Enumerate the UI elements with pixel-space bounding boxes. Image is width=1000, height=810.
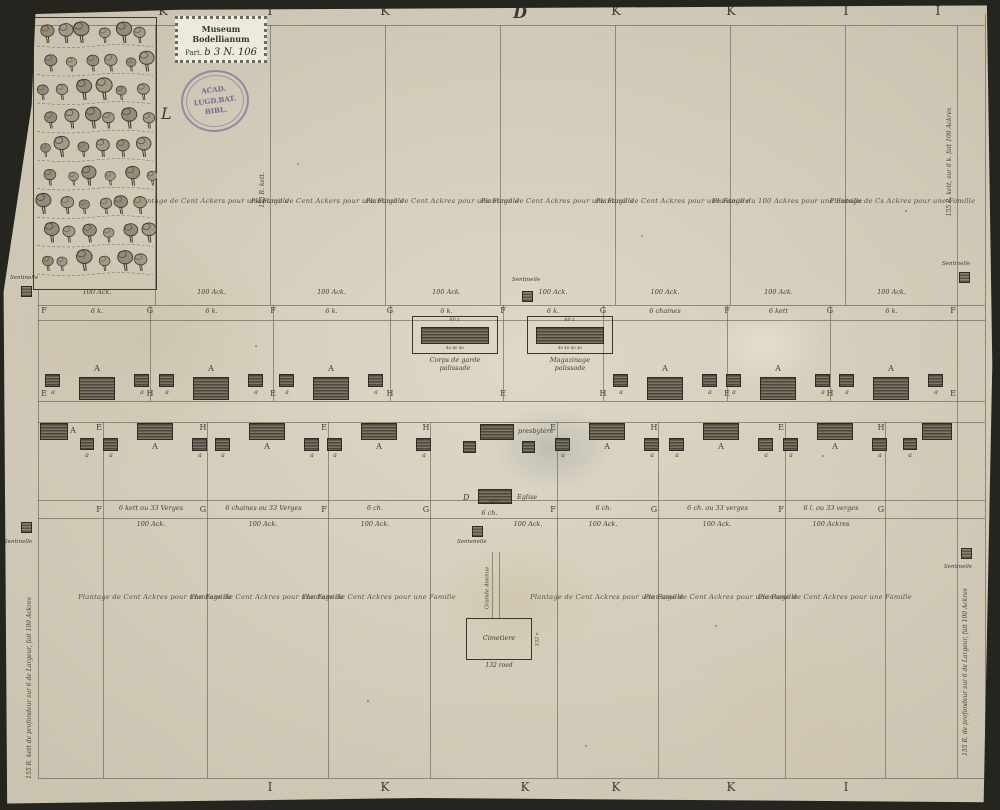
library-stamp: ACAD. LUGD.BAT. BIBL. xyxy=(177,66,252,136)
palisade-building xyxy=(536,327,604,344)
road-width-label: 6 kett xyxy=(769,308,788,315)
grid-line-vertical xyxy=(103,500,104,518)
block-corner-letter: H xyxy=(827,390,834,398)
road-corner-letter: G xyxy=(651,506,657,514)
palisade-building xyxy=(421,327,489,344)
farm-building-small xyxy=(368,374,383,387)
acre-label: 100 Ackres xyxy=(812,521,849,528)
grid-line-vertical xyxy=(207,500,208,518)
sentinel-post-icon xyxy=(472,526,483,537)
road-corner-letter: F xyxy=(500,307,506,315)
plan-letter-bottom: K xyxy=(521,781,530,793)
road-corner-letter: F xyxy=(321,506,327,514)
library-label-title: Museum Bodellianum xyxy=(178,24,264,44)
road-width-label: 6 kett ou 33 Verges xyxy=(119,505,183,512)
sentinel-post-icon xyxy=(961,548,972,559)
block-corner-letter: E xyxy=(41,390,47,398)
plan-letter-top: K xyxy=(726,5,736,18)
farm-small-label: a xyxy=(254,390,258,396)
road-corner-letter: G xyxy=(423,506,429,514)
farm-small-label: a xyxy=(221,453,225,459)
block-corner-letter: E xyxy=(500,390,506,398)
farm-building-small xyxy=(839,374,854,387)
foxing-speck xyxy=(905,210,907,212)
grid-line-vertical xyxy=(430,422,431,500)
farm-small-label: a xyxy=(821,390,825,396)
farm-large-label: A xyxy=(152,443,158,451)
farm-small-label: a xyxy=(374,390,378,396)
avenue-label: Grande Avenue xyxy=(485,567,491,610)
farm-large-label: A xyxy=(264,443,270,451)
grid-line-vertical xyxy=(845,25,846,305)
acre-label: 100 Ack. xyxy=(764,289,793,296)
farm-building-small xyxy=(463,441,476,453)
farm-building-small xyxy=(327,438,342,451)
acre-label: 100 Ack. xyxy=(432,289,461,296)
block-corner-letter: E xyxy=(778,424,784,432)
road-width-label: 6 k. xyxy=(885,308,897,315)
grid-line-vertical xyxy=(658,422,659,500)
farm-building-large xyxy=(922,423,952,440)
grid-line-vertical xyxy=(730,25,731,305)
farm-large-label: A xyxy=(376,443,382,451)
road-corner-letter: F xyxy=(270,307,276,315)
acre-label: 100 Ack. xyxy=(514,521,543,528)
plan-letter-bottom: K xyxy=(727,781,736,793)
grid-line-vertical xyxy=(785,500,786,518)
shelfmark-number: b 3 N. 106 xyxy=(204,47,257,58)
road-width-label: 6 l. ou 33 verges xyxy=(804,505,859,512)
grid-line-vertical xyxy=(885,518,886,778)
road-width-label: 6 ch. xyxy=(595,505,611,512)
sentinel-post-icon xyxy=(522,291,533,302)
farm-building-small xyxy=(903,438,917,450)
cemetery-width-label: 132 roed xyxy=(485,663,512,669)
plan-letter-bottom: K xyxy=(612,781,621,793)
sentinel-label: Sentinelle xyxy=(944,565,972,571)
plantation-strip-label: Plantage de Cs Ackres pour une Famille xyxy=(830,198,976,205)
farm-small-label: a xyxy=(845,390,849,396)
farm-small-label: a xyxy=(85,453,89,459)
farm-small-label: a xyxy=(675,453,679,459)
farm-building-small xyxy=(134,374,149,387)
grid-line-vertical xyxy=(615,25,616,305)
road-corner-letter: F xyxy=(550,506,556,514)
block-corner-letter: E xyxy=(270,390,276,398)
sentinel-post-icon xyxy=(21,286,32,297)
farm-small-label: a xyxy=(732,390,736,396)
farm-building-small xyxy=(644,438,659,451)
farm-building-large xyxy=(79,377,115,400)
farm-building-small xyxy=(159,374,174,387)
farm-building-small xyxy=(669,438,684,451)
farm-small-label: a xyxy=(561,453,565,459)
shelfmark-prefix: Part. xyxy=(185,49,202,57)
farm-building-small xyxy=(702,374,717,387)
farm-building-large xyxy=(313,377,349,400)
road-corner-letter: G xyxy=(387,307,393,315)
farm-building-small xyxy=(215,438,230,451)
farm-building-small xyxy=(416,438,431,451)
acre-label: 100 Ack. xyxy=(317,289,346,296)
road-corner-letter: G xyxy=(200,506,206,514)
cemetery-depth-label: 132 r. xyxy=(536,632,541,647)
farm-large-label: A xyxy=(888,365,894,373)
road-corner-letter: G xyxy=(878,506,884,514)
foxing-speck xyxy=(585,745,587,747)
foxing-speck xyxy=(367,700,369,702)
block-corner-letter: H xyxy=(147,390,154,398)
farm-building-large xyxy=(589,423,625,440)
palisade-dim-label: 80 r. xyxy=(564,318,575,323)
foxing-speck xyxy=(715,625,717,627)
road-width-label: 6 ch. xyxy=(367,505,383,512)
grid-line-vertical xyxy=(328,500,329,518)
road-width-label: 6 k. xyxy=(205,308,217,315)
palisade-name-label: Corps de garde xyxy=(430,357,481,364)
palisade-name-label2: palissade xyxy=(440,365,471,372)
farm-building-large xyxy=(760,377,796,400)
farm-building-small xyxy=(192,438,207,451)
farm-small-label: a xyxy=(51,390,55,396)
grid-line-horizontal xyxy=(38,305,985,306)
palisade-tick-labels: 40 40 40 40 xyxy=(558,346,582,350)
farm-small-label: a xyxy=(908,453,912,459)
farm-building-large xyxy=(817,423,853,440)
foxing-speck xyxy=(641,235,643,237)
block-corner-letter: H xyxy=(423,424,430,432)
block-corner-letter: H xyxy=(200,424,207,432)
farm-small-label: a xyxy=(285,390,289,396)
acre-label: 100 Ack. xyxy=(361,521,390,528)
block-corner-letter: H xyxy=(600,390,607,398)
farm-small-label: a xyxy=(140,390,144,396)
block-corner-letter: E xyxy=(950,390,956,398)
grid-line-vertical xyxy=(885,422,886,500)
grid-line-vertical xyxy=(207,422,208,500)
farm-building-small xyxy=(783,438,798,451)
block-corner-letter: H xyxy=(878,424,885,432)
sentinel-post-icon xyxy=(21,522,32,533)
grid-line-vertical xyxy=(103,422,104,500)
grid-line-vertical xyxy=(957,25,958,778)
grid-line-horizontal xyxy=(38,320,985,321)
church-letter: D xyxy=(463,494,469,502)
farm-small-label: a xyxy=(708,390,712,396)
plan-letter-bottom: I xyxy=(268,781,273,793)
acre-label: 100 Ack. xyxy=(589,521,618,528)
road-width-label: 6 ch. xyxy=(481,510,497,517)
farm-large-label: A xyxy=(662,365,668,373)
acre-label: 100 Ack. xyxy=(539,289,568,296)
farm-building-small xyxy=(613,374,628,387)
road-corner-letter: G xyxy=(827,307,833,315)
sentinel-label: Sentenelle xyxy=(457,540,487,546)
farm-small-label: a xyxy=(764,453,768,459)
road-width-label: 6 chaines xyxy=(649,308,680,315)
grid-line-vertical xyxy=(658,500,659,518)
farm-building-small xyxy=(555,438,570,451)
farm-small-label: a xyxy=(619,390,623,396)
road-width-label: 6 k. xyxy=(547,308,559,315)
grid-line-horizontal xyxy=(38,518,985,519)
grid-line-vertical xyxy=(499,552,500,619)
farm-small-label: a xyxy=(878,453,882,459)
farm-small-label: a xyxy=(422,453,426,459)
grid-line-vertical xyxy=(430,500,431,518)
farm-building-small xyxy=(815,374,830,387)
farm-building-small xyxy=(45,374,60,387)
plantation-strip-label: Plantage de Cent Ackres pour une Famille xyxy=(758,594,912,601)
grid-line-horizontal xyxy=(38,778,985,779)
farm-large-label: A xyxy=(208,365,214,373)
farm-small-label: a xyxy=(333,453,337,459)
palisade-tick-labels: 40 40 40 xyxy=(446,346,464,350)
farm-building-large xyxy=(40,423,68,440)
farm-large-label: A xyxy=(94,365,100,373)
farm-building-small xyxy=(522,441,535,453)
church-dim-label: 40 r. xyxy=(490,501,500,506)
farm-building-small xyxy=(279,374,294,387)
acre-label: 100 Ack. xyxy=(877,289,906,296)
farm-building-small xyxy=(758,438,773,451)
road-corner-letter: F xyxy=(96,506,102,514)
road-corner-letter: F xyxy=(950,307,956,315)
farm-building-small xyxy=(80,438,94,450)
acre-label: 100 Ack. xyxy=(651,289,680,296)
farm-large-label: A xyxy=(70,427,76,435)
church-label: Eglise xyxy=(517,494,537,501)
farm-building-large xyxy=(647,377,683,400)
farm-large-label: A xyxy=(604,443,610,451)
road-width-label: 6 k. xyxy=(440,308,452,315)
grid-line-vertical xyxy=(207,518,208,778)
library-label: Museum Bodellianum Part. b 3 N. 106 xyxy=(175,16,267,63)
farm-small-label: a xyxy=(165,390,169,396)
farm-small-label: a xyxy=(109,453,113,459)
acre-label: 100 Ack. xyxy=(137,521,166,528)
farm-building-large xyxy=(137,423,173,440)
plan-letter-top: I xyxy=(935,5,940,18)
farm-building-small xyxy=(928,374,943,387)
farm-large-label: A xyxy=(775,365,781,373)
road-corner-letter: G xyxy=(147,307,153,315)
road-corner-letter: F xyxy=(724,307,730,315)
farm-building-large xyxy=(249,423,285,440)
grid-line-vertical xyxy=(557,518,558,778)
parsonage-label: presbytère xyxy=(518,428,554,435)
block-corner-letter: H xyxy=(387,390,394,398)
foxing-speck xyxy=(255,345,257,347)
farm-large-label: A xyxy=(832,443,838,451)
strip-depth-label: 155 R. kett. xyxy=(260,172,266,208)
grid-line-horizontal xyxy=(38,401,985,402)
edge-note-left-bottom: 155 R. kett de profondeur sur 6 de Large… xyxy=(27,597,33,779)
grid-line-vertical xyxy=(430,518,431,778)
grid-line-vertical xyxy=(328,518,329,778)
foxing-speck xyxy=(297,163,299,165)
farm-building-large xyxy=(873,377,909,400)
grid-line-vertical xyxy=(492,552,493,619)
plan-letter-top: I xyxy=(843,5,848,18)
farm-building-small xyxy=(726,374,741,387)
road-width-label: 6 chaines ou 33 Verges xyxy=(225,505,301,512)
library-stamp-inner: ACAD. LUGD.BAT. BIBL. xyxy=(183,72,247,131)
library-label-shelfmark: Part. b 3 N. 106 xyxy=(178,47,264,58)
farm-small-label: a xyxy=(310,453,314,459)
road-width-label: 6 ch. ou 33 verges xyxy=(687,505,748,512)
edge-note-right-bottom: 155 R. de profondeur sur 6 de Largeur, f… xyxy=(963,588,969,756)
grid-line-vertical xyxy=(328,422,329,500)
farm-small-label: a xyxy=(198,453,202,459)
farm-building-large xyxy=(193,377,229,400)
edge-note-right-top: 155 R. kett, sur 6 k. fait 100 Ackres xyxy=(947,108,953,217)
plan-letter-bottom: K xyxy=(381,781,390,793)
grid-line-vertical xyxy=(557,422,558,500)
sentinel-post-icon xyxy=(959,272,970,283)
palisade-dim-label: 80 r. xyxy=(449,318,460,323)
sentinel-label: Sentinelle xyxy=(4,540,32,546)
plan-letter-L: L xyxy=(161,106,172,122)
farm-building-small xyxy=(248,374,263,387)
sentinel-label: Sentinelle xyxy=(512,278,540,284)
grid-line-vertical xyxy=(785,518,786,778)
grid-line-vertical xyxy=(785,422,786,500)
grid-line-vertical xyxy=(557,500,558,518)
farm-building-small xyxy=(304,438,319,451)
block-corner-letter: E xyxy=(724,390,730,398)
farm-small-label: a xyxy=(650,453,654,459)
grid-line-vertical xyxy=(885,500,886,518)
grid-line-vertical xyxy=(500,25,501,305)
plantation-strip-label: Plantage de Cent Ackres pour une Famille xyxy=(302,594,456,601)
grid-line-vertical xyxy=(658,518,659,778)
acre-label: 100 Ack. xyxy=(703,521,732,528)
foxing-speck xyxy=(822,455,824,457)
farm-small-label: a xyxy=(934,390,938,396)
plan-letter-bottom: I xyxy=(844,781,849,793)
grid-line-vertical xyxy=(385,25,386,305)
palisade-name-label: Magazinage xyxy=(550,357,590,364)
road-corner-letter: F xyxy=(41,307,47,315)
acre-label: 100 Ack. xyxy=(249,521,278,528)
farm-building-large xyxy=(703,423,739,440)
road-width-label: 6 k. xyxy=(91,308,103,315)
grid-line-vertical xyxy=(270,25,271,305)
farm-building-small xyxy=(103,438,118,451)
cemetery-label: Cimetiere xyxy=(483,635,516,642)
road-corner-letter: G xyxy=(600,307,606,315)
farm-large-label: A xyxy=(718,443,724,451)
farm-large-label: A xyxy=(328,365,334,373)
block-corner-letter: E xyxy=(321,424,327,432)
farm-building-small xyxy=(872,438,887,451)
farm-building-large xyxy=(361,423,397,440)
grid-line-vertical xyxy=(103,518,104,778)
grid-line-vertical xyxy=(985,14,986,795)
sentinel-label: Sentinelle xyxy=(942,262,970,268)
parsonage-building xyxy=(480,424,514,440)
acre-label: 100 Ack. xyxy=(197,289,226,296)
forest-illustration xyxy=(33,17,157,290)
plan-sheet: Museum Bodellianum Part. b 3 N. 106 ACAD… xyxy=(0,0,1000,810)
grid-line-vertical xyxy=(38,290,39,778)
palisade-name-label2: palissade xyxy=(555,365,586,372)
road-width-label: 6 k. xyxy=(325,308,337,315)
block-corner-letter: H xyxy=(651,424,658,432)
block-corner-letter: E xyxy=(96,424,102,432)
road-corner-letter: F xyxy=(778,506,784,514)
farm-small-label: a xyxy=(789,453,793,459)
